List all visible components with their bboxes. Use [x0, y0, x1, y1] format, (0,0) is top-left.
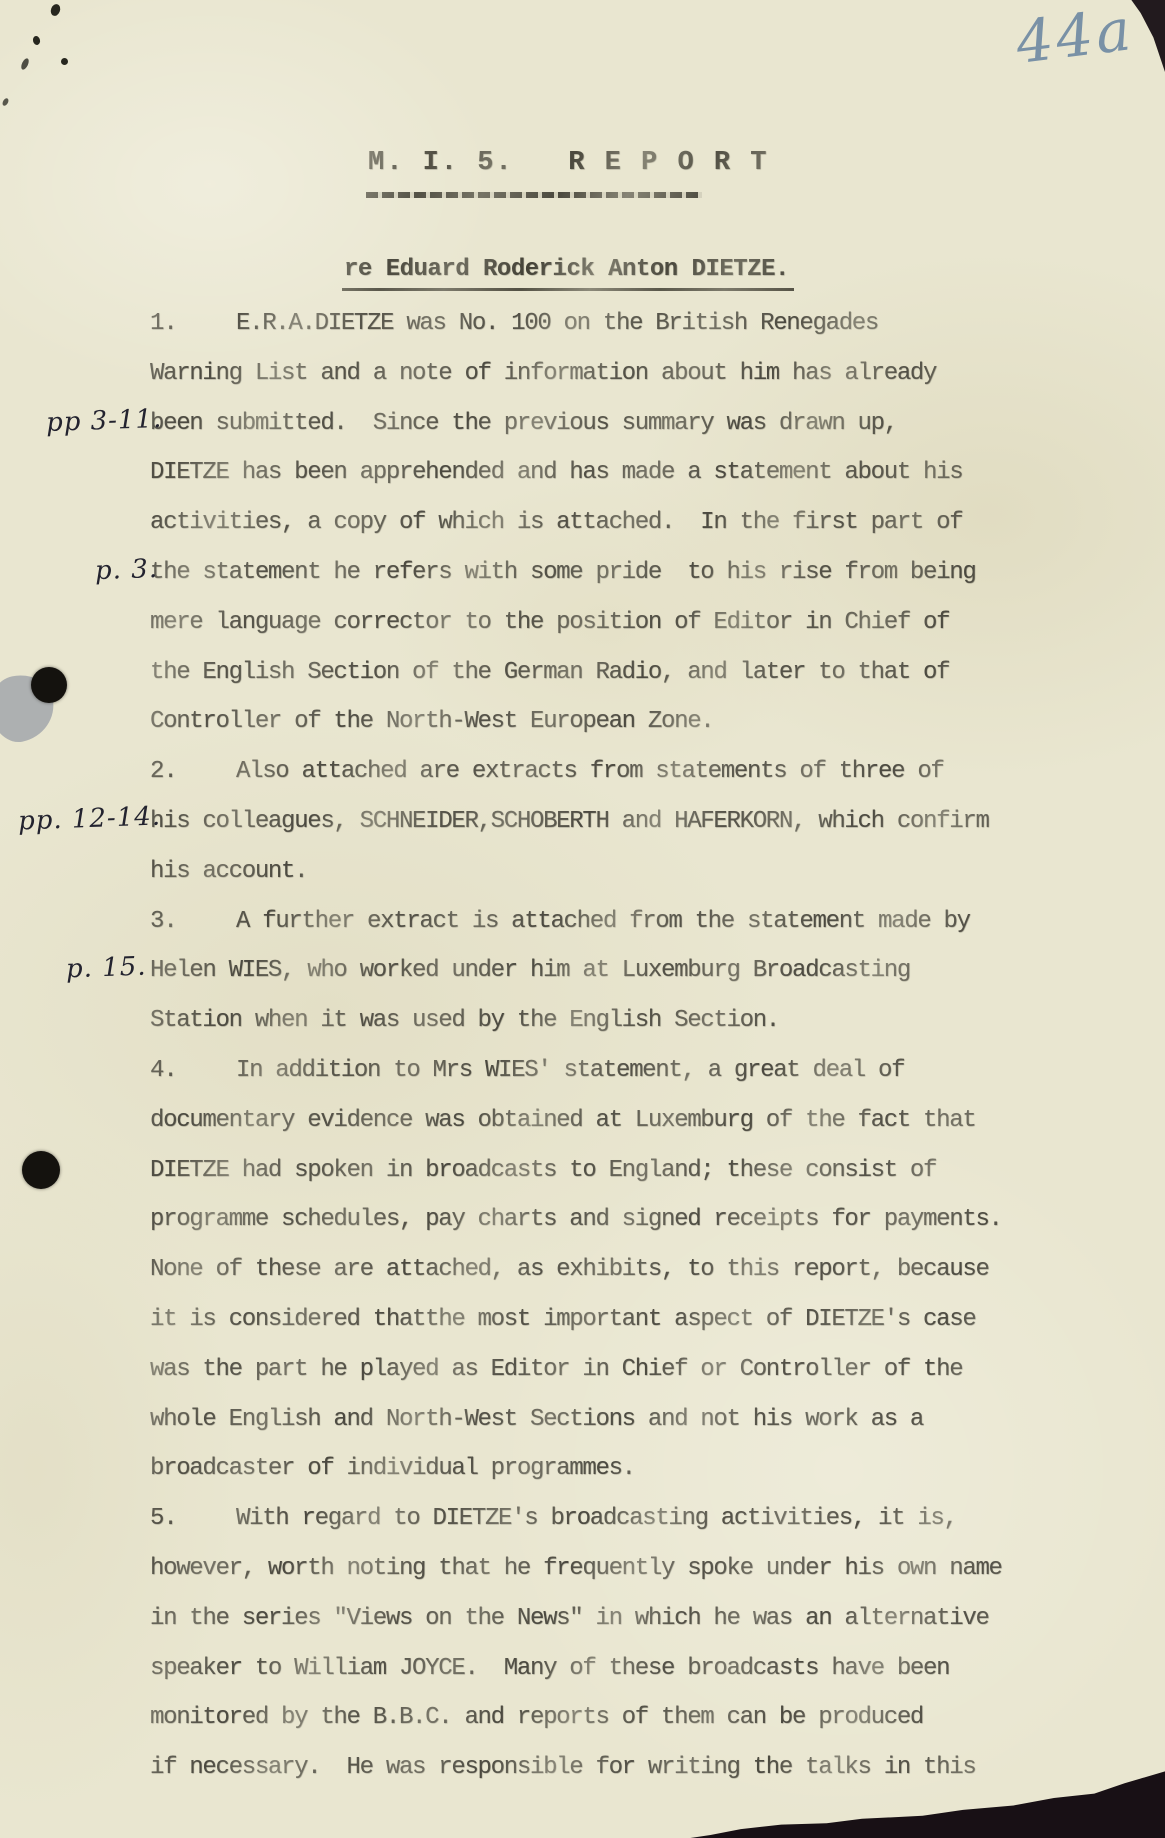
text-line: speaker to William JOYCE. Many of these …	[0, 1655, 1165, 1697]
margin-note: pp 3-11.	[46, 404, 163, 438]
text-line: in the series "Views on the News" in whi…	[0, 1605, 1165, 1647]
typed-text: his colleagues, SCHNEIDER,SCHOBERTH and …	[150, 808, 989, 835]
text-line: however, worth noting that he frequently…	[0, 1555, 1165, 1597]
typed-text: monitored by the B.B.C. and reports of t…	[150, 1704, 923, 1731]
typed-text: DIETZE has been apprehended and has made…	[150, 459, 962, 486]
typed-text: E.R.A.DIETZE was No. 100 on the British …	[236, 310, 878, 337]
paragraph-number: 1.	[150, 310, 177, 337]
report-subject-line: re Eduard Roderick Anton DIETZE.	[342, 256, 794, 291]
text-line: 5.With regard to DIETZE's broadcasting a…	[0, 1505, 1165, 1547]
text-line: Helen WIES, who worked under him at Luxe…	[0, 957, 1165, 999]
typed-text: Also attached are extracts from statemen…	[236, 758, 944, 785]
typed-text: his account.	[150, 858, 307, 885]
typed-content-layer: M. I. 5. R E P O R T re Eduard Roderick …	[0, 0, 1165, 1838]
typed-text: None of these are attached, as exhibits,…	[150, 1256, 989, 1283]
margin-note: p. 3.	[94, 554, 158, 586]
paragraph-number: 2.	[150, 758, 177, 785]
text-line: activities, a copy of which is attached.…	[0, 509, 1165, 551]
text-line: been submitted. Since the previous summa…	[0, 410, 1165, 452]
typed-text: however, worth noting that he frequently…	[150, 1555, 1002, 1582]
text-line: 2.Also attached are extracts from statem…	[0, 758, 1165, 800]
text-line: programme schedules, pay charts and sign…	[0, 1206, 1165, 1248]
text-line: monitored by the B.B.C. and reports of t…	[0, 1704, 1165, 1746]
typed-text: Warning List and a note of information a…	[150, 360, 936, 387]
typed-text: activities, a copy of which is attached.…	[150, 509, 962, 536]
text-line: 3.A further extract is attached from the…	[0, 908, 1165, 950]
text-line: it is considered thatthe most important …	[0, 1306, 1165, 1348]
text-line: whole English and North-West Sections an…	[0, 1406, 1165, 1448]
text-line: mere language corrector to the position …	[0, 609, 1165, 651]
typed-text: broadcaster of individual programmes.	[150, 1455, 635, 1482]
typed-text: A further extract is attached from the s…	[236, 908, 970, 935]
typed-text: it is considered thatthe most important …	[150, 1306, 975, 1333]
typed-text: the statement he refers with some pride …	[150, 559, 975, 586]
typed-text: if necessary. He was responsible for wri…	[150, 1754, 975, 1781]
text-line: if necessary. He was responsible for wri…	[0, 1754, 1165, 1796]
margin-note: p. 15.	[66, 952, 148, 985]
typed-text: was the part he played as Editor in Chie…	[150, 1356, 962, 1383]
text-line: his account.	[0, 858, 1165, 900]
text-line: documentary evidence was obtained at Lux…	[0, 1107, 1165, 1149]
typed-text: Station when it was used by the English …	[150, 1007, 779, 1034]
typed-text: in the series "Views on the News" in whi…	[150, 1605, 989, 1632]
margin-note: pp. 12-14.	[18, 802, 162, 837]
text-line: was the part he played as Editor in Chie…	[0, 1356, 1165, 1398]
typed-text: documentary evidence was obtained at Lux…	[150, 1107, 975, 1134]
mi5-report-page: M. I. 5. R E P O R T re Eduard Roderick …	[0, 0, 1165, 1838]
text-line: DIETZE had spoken in broadcasts to Engla…	[0, 1157, 1165, 1199]
typed-text: the English Section of the German Radio,…	[150, 659, 949, 686]
typed-text: DIETZE had spoken in broadcasts to Engla…	[150, 1157, 936, 1184]
report-title: M. I. 5. R E P O R T	[368, 148, 768, 178]
typed-text: In addition to Mrs WIES' statement, a gr…	[236, 1057, 904, 1084]
text-line: the English Section of the German Radio,…	[0, 659, 1165, 701]
text-line: his colleagues, SCHNEIDER,SCHOBERTH and …	[0, 808, 1165, 850]
typed-text: programme schedules, pay charts and sign…	[150, 1206, 1002, 1233]
typed-text: mere language corrector to the position …	[150, 609, 949, 636]
typed-text: been submitted. Since the previous summa…	[150, 410, 897, 437]
text-line: DIETZE has been apprehended and has made…	[0, 459, 1165, 501]
typed-text: whole English and North-West Sections an…	[150, 1406, 923, 1433]
typed-text: Controller of the North-West European Zo…	[150, 708, 713, 735]
text-line: Warning List and a note of information a…	[0, 360, 1165, 402]
text-line: the statement he refers with some pride …	[0, 559, 1165, 601]
text-line: Station when it was used by the English …	[0, 1007, 1165, 1049]
title-underline	[366, 192, 702, 198]
typed-text: speaker to William JOYCE. Many of these …	[150, 1655, 949, 1682]
hole-punch-bottom	[22, 1151, 60, 1189]
text-line: 1.E.R.A.DIETZE was No. 100 on the Britis…	[0, 310, 1165, 352]
text-line: broadcaster of individual programmes.	[0, 1455, 1165, 1497]
paragraph-number: 4.	[150, 1057, 177, 1084]
text-line: Controller of the North-West European Zo…	[0, 708, 1165, 750]
paragraph-number: 5.	[150, 1505, 177, 1532]
paragraph-number: 3.	[150, 908, 177, 935]
ink-speck	[61, 58, 68, 65]
typed-text: Helen WIES, who worked under him at Luxe…	[150, 957, 910, 984]
typed-text: With regard to DIETZE's broadcasting act…	[236, 1505, 957, 1532]
text-line: 4.In addition to Mrs WIES' statement, a …	[0, 1057, 1165, 1099]
hole-punch-top	[31, 667, 67, 703]
text-line: None of these are attached, as exhibits,…	[0, 1256, 1165, 1298]
